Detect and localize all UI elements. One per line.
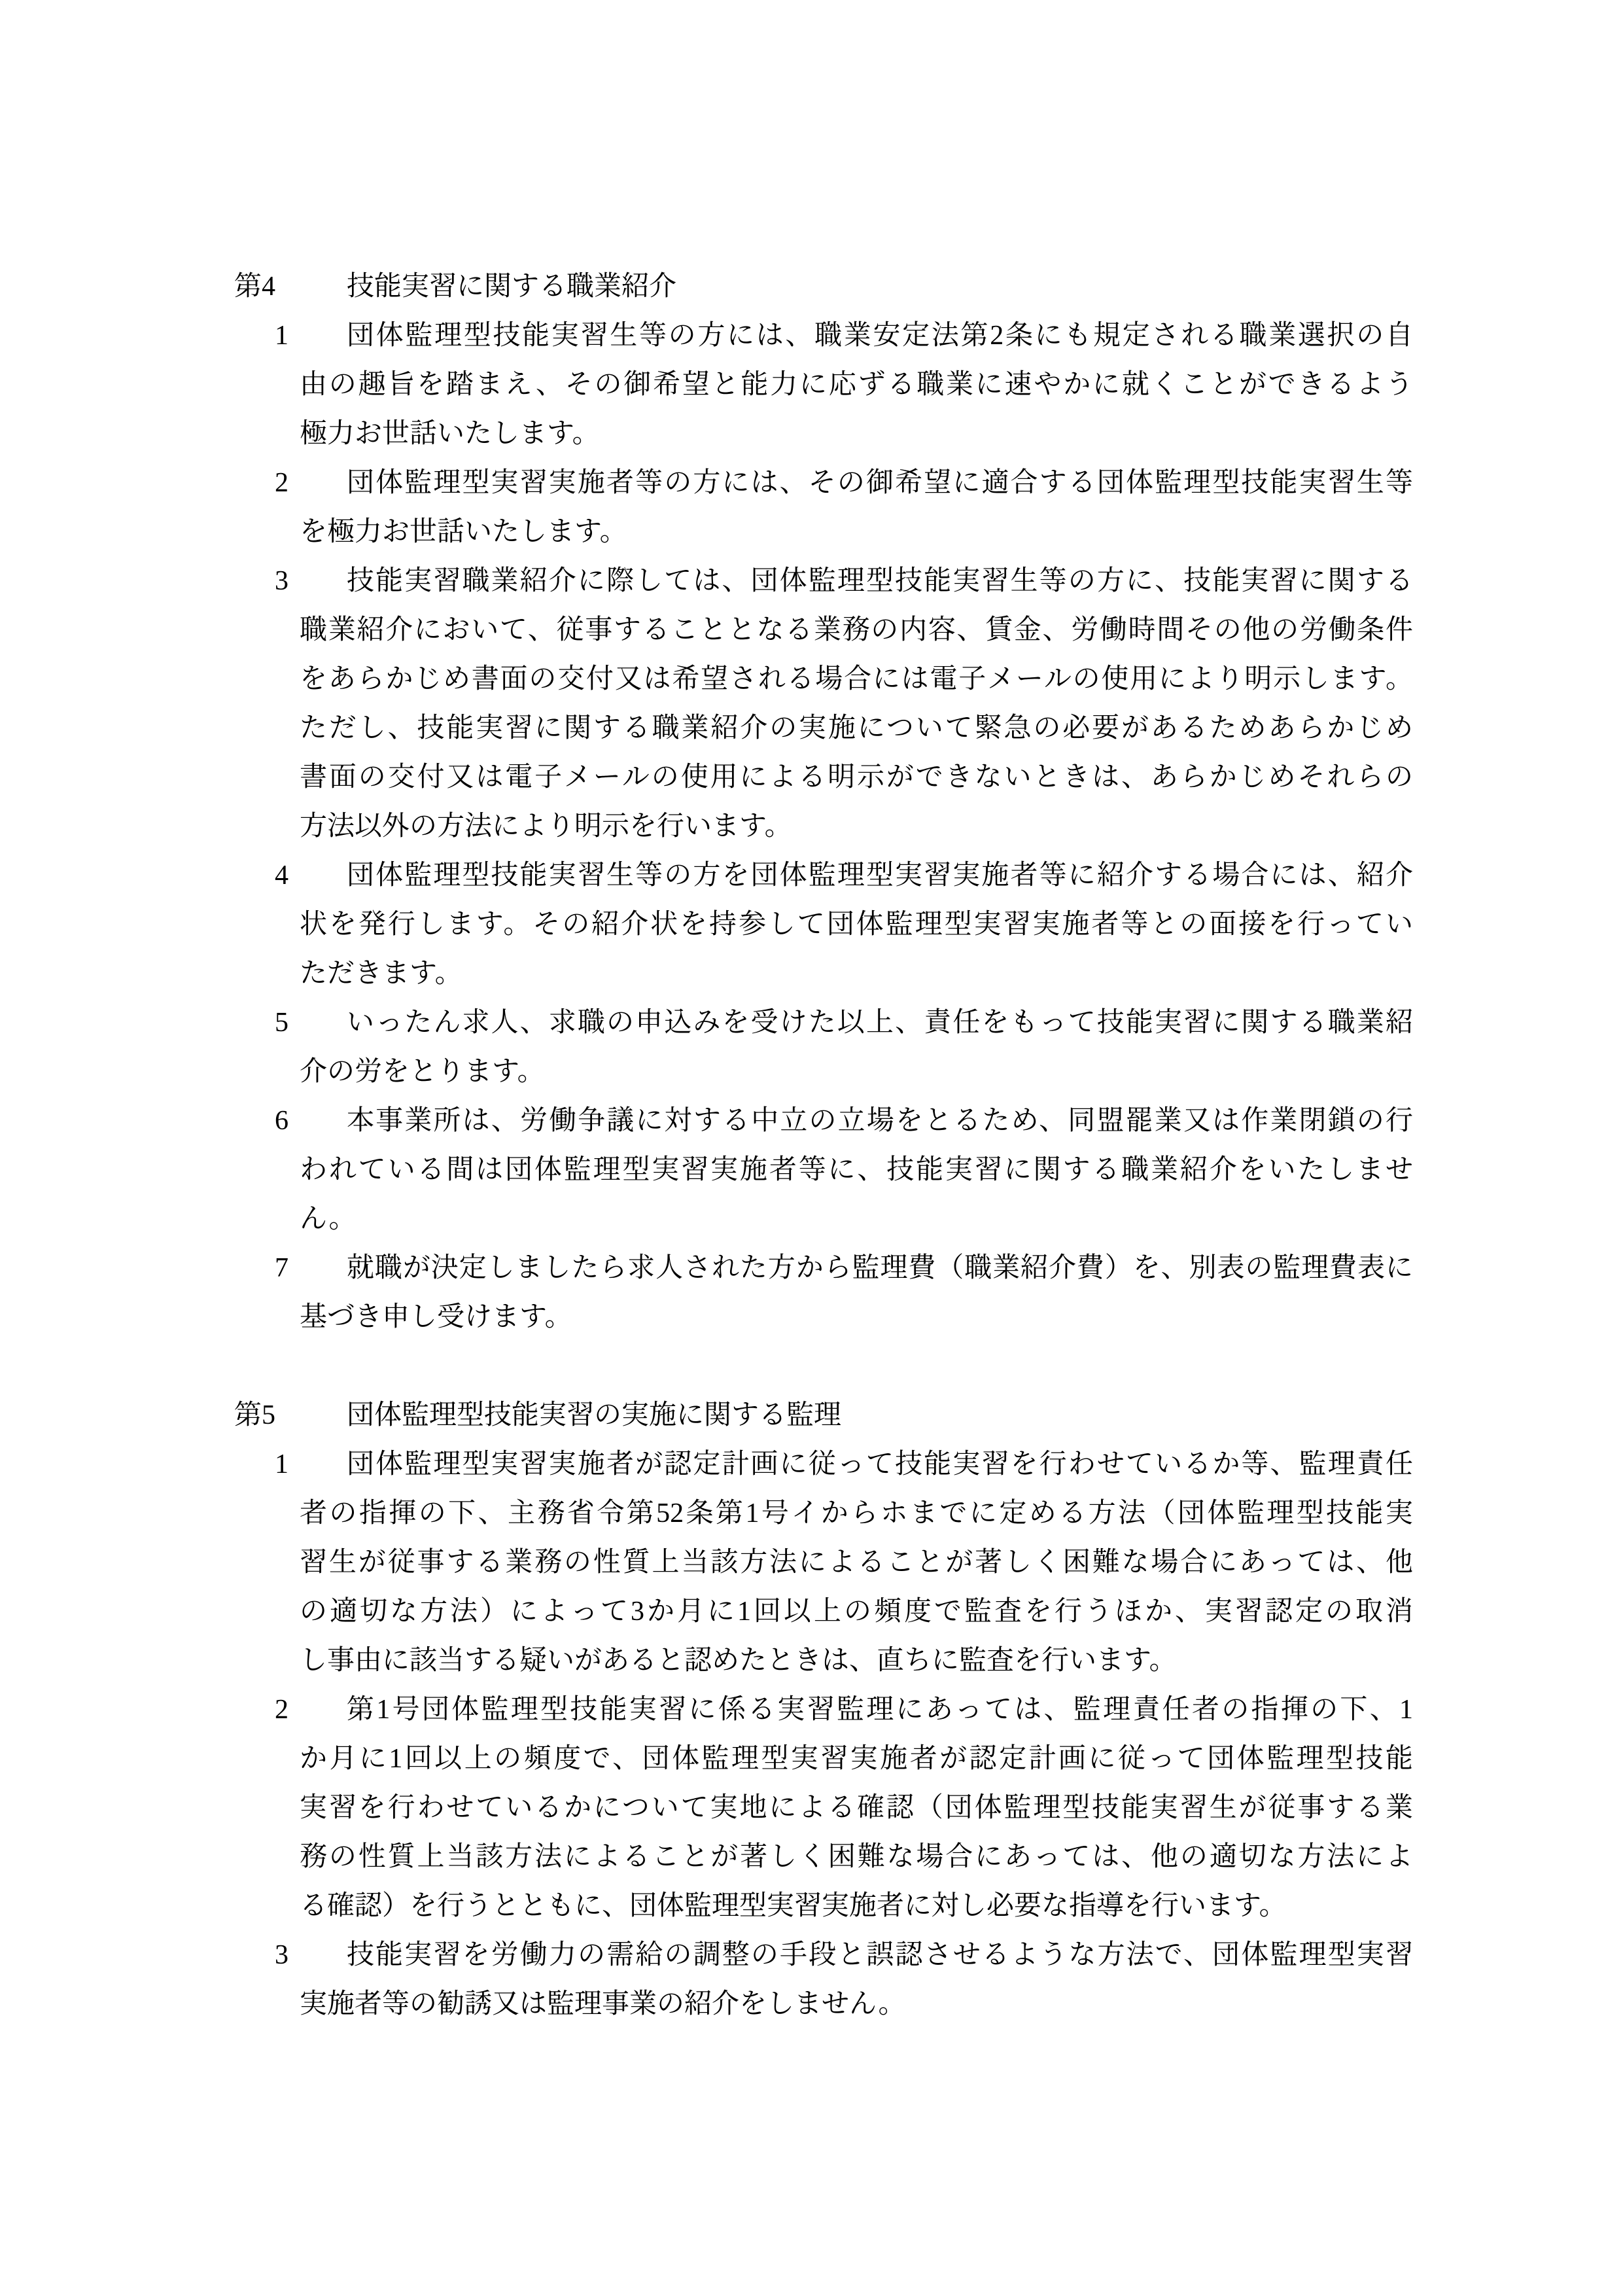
line-text: ただし、技能実習に関する職業紹介の実施について緊急の必要があるためあらかじめ — [300, 704, 1413, 753]
line-text: 第1号団体監理型技能実習に係る実習監理にあっては、監理責任者の指揮の下、1 — [347, 1686, 1413, 1735]
line-text: 書面の交付又は電子メールの使用による明示ができないときは、あらかじめそれらの — [300, 753, 1413, 802]
line-text: 実施者等の勧誘又は監理事業の紹介をしません。 — [300, 1980, 1413, 2029]
line-text: 団体監理型実習実施者が認定計画に従って技能実習を行わせているか等、監理責任 — [347, 1440, 1413, 1489]
line-text: 由の趣旨を踏まえ、その御希望と能力に応ずる職業に速やかに就くことができるよう — [300, 361, 1413, 410]
line-text: 実習を行わせているかについて実地による確認（団体監理型技能実習生が従事する業 — [300, 1784, 1413, 1833]
text-line: 方法以外の方法により明示を行います。 — [234, 802, 1413, 851]
line-text: 就職が決定しましたら求人された方から監理費（職業紹介費）を、別表の監理費表に — [347, 1244, 1413, 1293]
text-line: をあらかじめ書面の交付又は希望される場合には電子メールの使用により明示します。 — [234, 655, 1413, 704]
text-line: の適切な方法）によって3か月に1回以上の頻度で監査を行うほか、実習認定の取消 — [234, 1587, 1413, 1636]
text-line: ん。 — [234, 1195, 1413, 1244]
line-text: 極力お世話いたします。 — [300, 410, 1413, 459]
text-line: 7就職が決定しましたら求人された方から監理費（職業紹介費）を、別表の監理費表に — [234, 1244, 1413, 1293]
text-line: か月に1回以上の頻度で、団体監理型実習実施者が認定計画に従って団体監理型技能 — [234, 1735, 1413, 1784]
text-line: 極力お世話いたします。 — [234, 410, 1413, 459]
text-line: ただし、技能実習に関する職業紹介の実施について緊急の必要があるためあらかじめ — [234, 704, 1413, 753]
line-text: の適切な方法）によって3か月に1回以上の頻度で監査を行うほか、実習認定の取消 — [300, 1587, 1413, 1636]
item-number: 4 — [275, 851, 347, 900]
line-text: 務の性質上当該方法によることが著しく困難な場合にあっては、他の適切な方法によ — [300, 1833, 1413, 1882]
text-line: 状を発行します。その紹介状を持参して団体監理型実習実施者等との面接を行ってい — [234, 900, 1413, 949]
line-text: 職業紹介において、従事することとなる業務の内容、賃金、労働時間その他の労働条件 — [300, 606, 1413, 655]
item-number: 6 — [275, 1097, 347, 1146]
line-text: を極力お世話いたします。 — [300, 508, 1413, 557]
section-heading-line: 第4技能実習に関する職業紹介 — [234, 262, 1413, 311]
line-text: 技能実習を労働力の需給の調整の手段と誤認させるような方法で、団体監理型実習 — [347, 1931, 1413, 1980]
item-number: 2 — [275, 1686, 347, 1735]
item-number: 2 — [275, 459, 347, 508]
line-text: われている間は団体監理型実習実施者等に、技能実習に関する職業紹介をいたしませ — [300, 1146, 1413, 1195]
line-text: 技能実習職業紹介に際しては、団体監理型技能実習生等の方に、技能実習に関する — [347, 557, 1413, 606]
line-text: 団体監理型実習実施者等の方には、その御希望に適合する団体監理型技能実習生等 — [347, 459, 1413, 508]
text-line: 習生が従事する業務の性質上当該方法によることが著しく困難な場合にあっては、他 — [234, 1538, 1413, 1587]
text-line: 3技能実習を労働力の需給の調整の手段と誤認させるような方法で、団体監理型実習 — [234, 1931, 1413, 1980]
text-line: 1団体監理型技能実習生等の方には、職業安定法第2条にも規定される職業選択の自 — [234, 311, 1413, 361]
item-number: 5 — [275, 998, 347, 1048]
line-text: いったん求人、求職の申込みを受けた以上、責任をもって技能実習に関する職業紹 — [347, 998, 1413, 1048]
line-text: 方法以外の方法により明示を行います。 — [300, 802, 1413, 851]
text-line: 5いったん求人、求職の申込みを受けた以上、責任をもって技能実習に関する職業紹 — [234, 998, 1413, 1048]
line-text: し事由に該当する疑いがあると認めたときは、直ちに監査を行います。 — [300, 1636, 1413, 1686]
text-line: 務の性質上当該方法によることが著しく困難な場合にあっては、他の適切な方法によ — [234, 1833, 1413, 1882]
text-line: 実習を行わせているかについて実地による確認（団体監理型技能実習生が従事する業 — [234, 1784, 1413, 1833]
line-text: 状を発行します。その紹介状を持参して団体監理型実習実施者等との面接を行ってい — [300, 900, 1413, 949]
section-heading-line: 第5団体監理型技能実習の実施に関する監理 — [234, 1391, 1413, 1440]
line-text: 団体監理型技能実習の実施に関する監理 — [347, 1391, 1413, 1440]
text-line: 書面の交付又は電子メールの使用による明示ができないときは、あらかじめそれらの — [234, 753, 1413, 802]
text-line: 1団体監理型実習実施者が認定計画に従って技能実習を行わせているか等、監理責任 — [234, 1440, 1413, 1489]
line-text — [234, 1342, 1413, 1391]
line-text: 技能実習に関する職業紹介 — [347, 262, 1413, 311]
line-text: か月に1回以上の頻度で、団体監理型実習実施者が認定計画に従って団体監理型技能 — [300, 1735, 1413, 1784]
document-text-body: 第4技能実習に関する職業紹介1団体監理型技能実習生等の方には、職業安定法第2条に… — [234, 262, 1413, 2029]
section-number: 第5 — [234, 1391, 347, 1440]
text-line: 実施者等の勧誘又は監理事業の紹介をしません。 — [234, 1980, 1413, 2029]
text-line: 者の指揮の下、主務省令第52条第1号イからホまでに定める方法（団体監理型技能実 — [234, 1489, 1413, 1538]
text-line: 3技能実習職業紹介に際しては、団体監理型技能実習生等の方に、技能実習に関する — [234, 557, 1413, 606]
line-text: 基づき申し受けます。 — [300, 1293, 1413, 1342]
item-number: 3 — [275, 1931, 347, 1980]
line-text: 介の労をとります。 — [300, 1048, 1413, 1097]
text-line: を極力お世話いたします。 — [234, 508, 1413, 557]
line-text: ん。 — [300, 1195, 1413, 1244]
text-line: 2第1号団体監理型技能実習に係る実習監理にあっては、監理責任者の指揮の下、1 — [234, 1686, 1413, 1735]
text-line: 由の趣旨を踏まえ、その御希望と能力に応ずる職業に速やかに就くことができるよう — [234, 361, 1413, 410]
blank-line — [234, 1342, 1413, 1391]
text-line: し事由に該当する疑いがあると認めたときは、直ちに監査を行います。 — [234, 1636, 1413, 1686]
line-text: ただきます。 — [300, 949, 1413, 998]
item-number: 1 — [275, 311, 347, 361]
text-line: 職業紹介において、従事することとなる業務の内容、賃金、労働時間その他の労働条件 — [234, 606, 1413, 655]
text-line: 介の労をとります。 — [234, 1048, 1413, 1097]
text-line: る確認）を行うとともに、団体監理型実習実施者に対し必要な指導を行います。 — [234, 1882, 1413, 1931]
line-text: をあらかじめ書面の交付又は希望される場合には電子メールの使用により明示します。 — [300, 655, 1413, 704]
line-text: 者の指揮の下、主務省令第52条第1号イからホまでに定める方法（団体監理型技能実 — [300, 1489, 1413, 1538]
line-text: 団体監理型技能実習生等の方には、職業安定法第2条にも規定される職業選択の自 — [347, 311, 1413, 361]
text-line: 基づき申し受けます。 — [234, 1293, 1413, 1342]
item-number: 7 — [275, 1244, 347, 1293]
line-text: 本事業所は、労働争議に対する中立の立場をとるため、同盟罷業又は作業閉鎖の行 — [347, 1097, 1413, 1146]
text-line: 6本事業所は、労働争議に対する中立の立場をとるため、同盟罷業又は作業閉鎖の行 — [234, 1097, 1413, 1146]
section-number: 第4 — [234, 262, 347, 311]
item-number: 1 — [275, 1440, 347, 1489]
text-line: 4団体監理型技能実習生等の方を団体監理型実習実施者等に紹介する場合には、紹介 — [234, 851, 1413, 900]
text-line: 2団体監理型実習実施者等の方には、その御希望に適合する団体監理型技能実習生等 — [234, 459, 1413, 508]
text-line: ただきます。 — [234, 949, 1413, 998]
text-line: われている間は団体監理型実習実施者等に、技能実習に関する職業紹介をいたしませ — [234, 1146, 1413, 1195]
line-text: 団体監理型技能実習生等の方を団体監理型実習実施者等に紹介する場合には、紹介 — [347, 851, 1413, 900]
line-text: る確認）を行うとともに、団体監理型実習実施者に対し必要な指導を行います。 — [300, 1882, 1413, 1931]
document-page: 第4技能実習に関する職業紹介1団体監理型技能実習生等の方には、職業安定法第2条に… — [0, 0, 1623, 2296]
line-text: 習生が従事する業務の性質上当該方法によることが著しく困難な場合にあっては、他 — [300, 1538, 1413, 1587]
item-number: 3 — [275, 557, 347, 606]
